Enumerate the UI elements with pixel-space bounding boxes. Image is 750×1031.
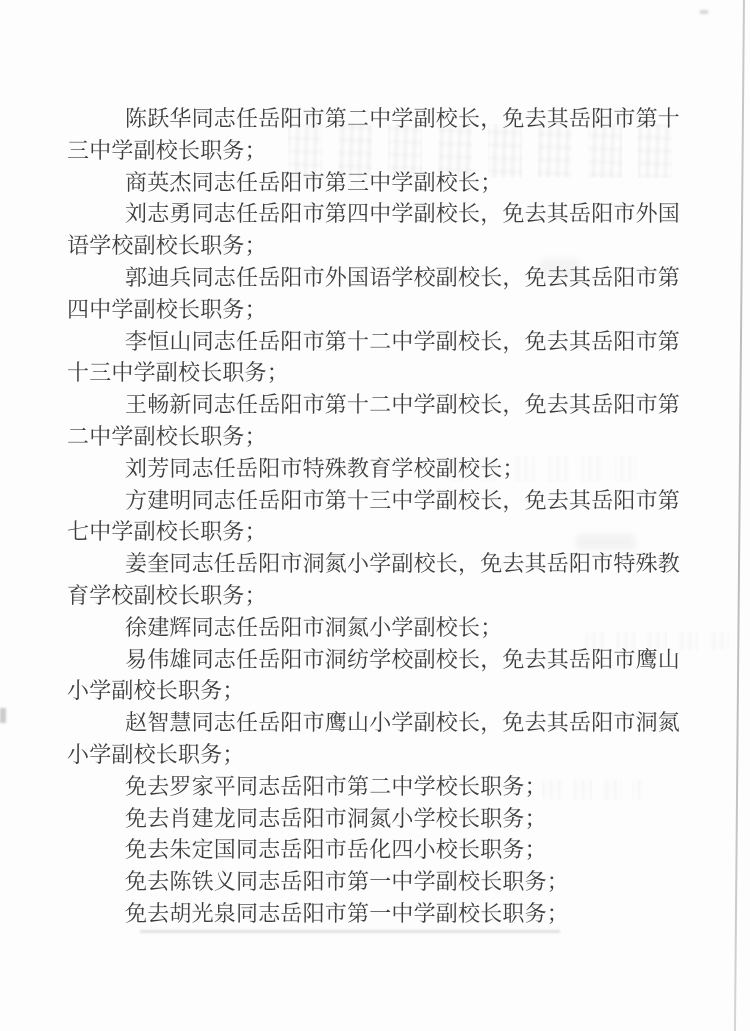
document-line: 王畅新同志任岳阳市第十二中学副校长，免去其岳阳市第	[67, 389, 727, 421]
document-line: 商英杰同志任岳阳市第三中学副校长；	[67, 167, 727, 199]
document-line: 赵智慧同志任岳阳市鹰山小学副校长，免去其岳阳市洞氮	[67, 707, 727, 739]
document-line: 十三中学副校长职务；	[67, 357, 727, 389]
page-edge-line	[734, 0, 745, 1031]
document-line: 四中学副校长职务；	[67, 294, 727, 326]
document-line: 刘芳同志任岳阳市特殊教育学校副校长；	[67, 453, 727, 485]
document-line: 方建明同志任岳阳市第十三中学副校长，免去其岳阳市第	[67, 485, 727, 517]
document-line: 陈跃华同志任岳阳市第二中学副校长，免去其岳阳市第十	[67, 103, 727, 135]
document-line: 郭迪兵同志任岳阳市外国语学校副校长，免去其岳阳市第	[67, 262, 727, 294]
document-line: 姜奎同志任岳阳市洞氮小学副校长，免去其岳阳市特殊教	[67, 548, 727, 580]
document-line: 刘志勇同志任岳阳市第四中学副校长，免去其岳阳市外国	[67, 198, 727, 230]
scanned-document-page: 陈跃华同志任岳阳市第二中学副校长，免去其岳阳市第十三中学副校长职务；商英杰同志任…	[0, 0, 750, 1031]
document-line: 育学校副校长职务；	[67, 580, 727, 612]
document-line: 免去陈铁义同志岳阳市第一中学副校长职务；	[67, 866, 727, 898]
document-body: 陈跃华同志任岳阳市第二中学副校长，免去其岳阳市第十三中学副校长职务；商英杰同志任…	[67, 103, 727, 930]
document-line: 免去肖建龙同志岳阳市洞氮小学校长职务；	[67, 803, 727, 835]
document-line: 七中学副校长职务；	[67, 516, 727, 548]
document-line: 免去罗家平同志岳阳市第二中学校长职务；	[67, 771, 727, 803]
document-line: 二中学副校长职务；	[67, 421, 727, 453]
document-line: 三中学副校长职务；	[67, 135, 727, 167]
document-line: 免去胡光泉同志岳阳市第一中学副校长职务；	[67, 898, 727, 930]
document-line: 徐建辉同志任岳阳市洞氮小学副校长；	[67, 612, 727, 644]
document-line: 语学校副校长职务；	[67, 230, 727, 262]
scan-streak	[140, 930, 560, 933]
scan-speck	[700, 10, 708, 14]
document-line: 易伟雄同志任岳阳市洞纺学校副校长，免去其岳阳市鹰山	[67, 644, 727, 676]
scan-speck	[0, 708, 6, 723]
document-line: 李恒山同志任岳阳市第十二中学副校长，免去其岳阳市第	[67, 326, 727, 358]
document-line: 小学副校长职务；	[67, 675, 727, 707]
document-line: 小学副校长职务；	[67, 739, 727, 771]
document-line: 免去朱定国同志岳阳市岳化四小校长职务；	[67, 834, 727, 866]
